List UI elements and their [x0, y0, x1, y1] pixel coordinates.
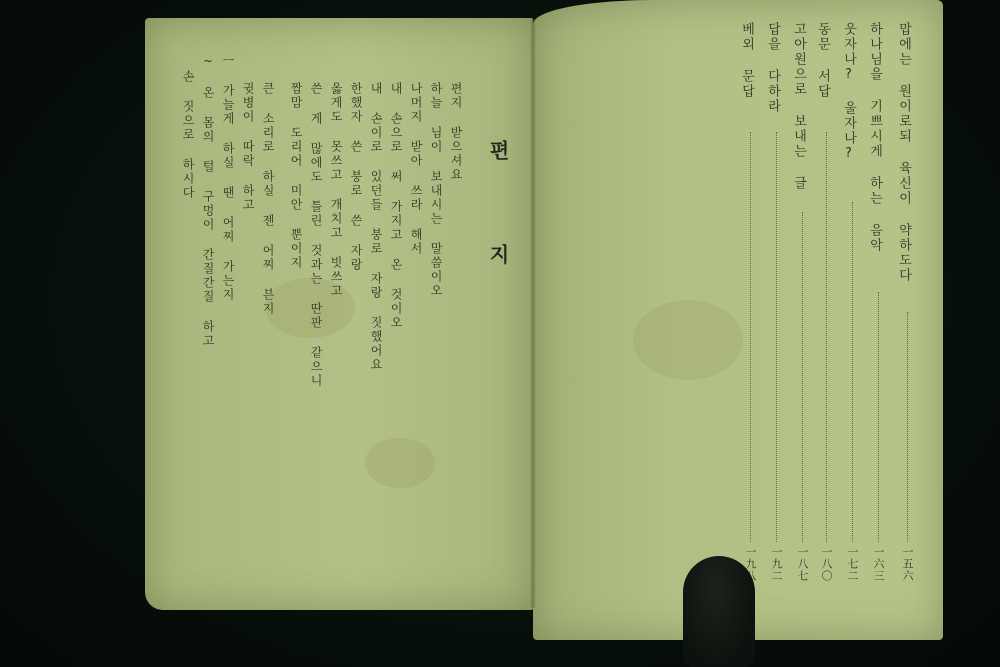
toc-page-number: 一八〇: [818, 546, 834, 582]
toc-leader-dots: [852, 202, 853, 542]
poem-line: 내 손으로 써 가지고 온 것이오: [390, 82, 402, 330]
poem-line: 손 짓으로 하시다: [182, 70, 194, 200]
toc-title: 베외 문답: [740, 22, 753, 99]
toc-title: 동문 서답: [816, 22, 829, 99]
poem-line: 귓병이 따락 하고: [242, 82, 254, 212]
toc-title: 맙에는 원이로되 육신이 약하도다: [897, 22, 910, 283]
toc-entry: 하나님을 기쁘시게 하는 음악 一六三: [868, 22, 890, 582]
toc-leader-dots: [826, 132, 827, 542]
book-gutter: [530, 20, 536, 608]
toc-page-number: 一六三: [870, 546, 886, 582]
toc-page-number: 一七二: [844, 546, 860, 582]
poem-line: 하늘 님이 보내시는 말씀이오: [430, 82, 442, 298]
poem-line: 옳게도 못쓰고 개치고 빗쓰고: [330, 82, 342, 298]
toc-entry: 고아원으로 보내는 글 一八七: [792, 22, 814, 582]
toc-entry: 동문 서답 一八〇: [816, 22, 838, 582]
toc-leader-dots: [750, 132, 751, 542]
toc-title: 고아원으로 보내는 글: [792, 22, 805, 191]
poem-line: 쓴 게 많에도 틀린 것과는 딴판 같으니: [310, 82, 322, 388]
poem-line: ㅡ 가늘게 하실 땐 어찌 가는지: [222, 54, 234, 302]
poem-line: 큰 소리로 하실 젠 어찌 븐지: [262, 82, 274, 316]
thumb-holding-book: [683, 556, 755, 667]
paper-stain: [633, 300, 743, 380]
poem-line: ~ 온 몸의 털 구멍이 간질간질 하고: [202, 54, 214, 348]
poem-line: 나머지 받아 쓰라 해서: [410, 82, 422, 256]
paper-stain: [365, 438, 435, 488]
toc-leader-dots: [878, 292, 879, 542]
toc-leader-dots: [776, 132, 777, 542]
poem-line: 짬맘 도리어 미안 뿐이지: [290, 82, 302, 270]
toc-entry: 답을 다하라 一九二: [766, 22, 788, 582]
toc-leader-dots: [802, 212, 803, 542]
toc-leader-dots: [907, 312, 908, 542]
toc-entry: 맙에는 원이로되 육신이 약하도다 一五六: [897, 22, 919, 582]
poem-line: 한했자 쓴 붕로 쓴 자랑: [350, 82, 362, 272]
toc-page-number: 一五六: [899, 546, 915, 582]
toc-title: 하나님을 기쁘시게 하는 음악: [868, 22, 881, 253]
toc-page-number: 一九二: [768, 546, 784, 582]
toc-entry: 웃자나? 울자나? 一七二: [842, 22, 864, 582]
toc-entry: 베외 문답 一九八: [740, 22, 762, 582]
poem-line: 편지 받으셔요: [450, 82, 462, 182]
poem-line: 내 손이로 있던들 붕로 자랑 짓했어요: [370, 82, 382, 372]
toc-page-number: 一八七: [794, 546, 810, 582]
poem-title: 편 지: [488, 140, 508, 294]
toc-title: 웃자나? 울자나?: [842, 22, 855, 163]
toc-title: 답을 다하라: [766, 22, 779, 114]
